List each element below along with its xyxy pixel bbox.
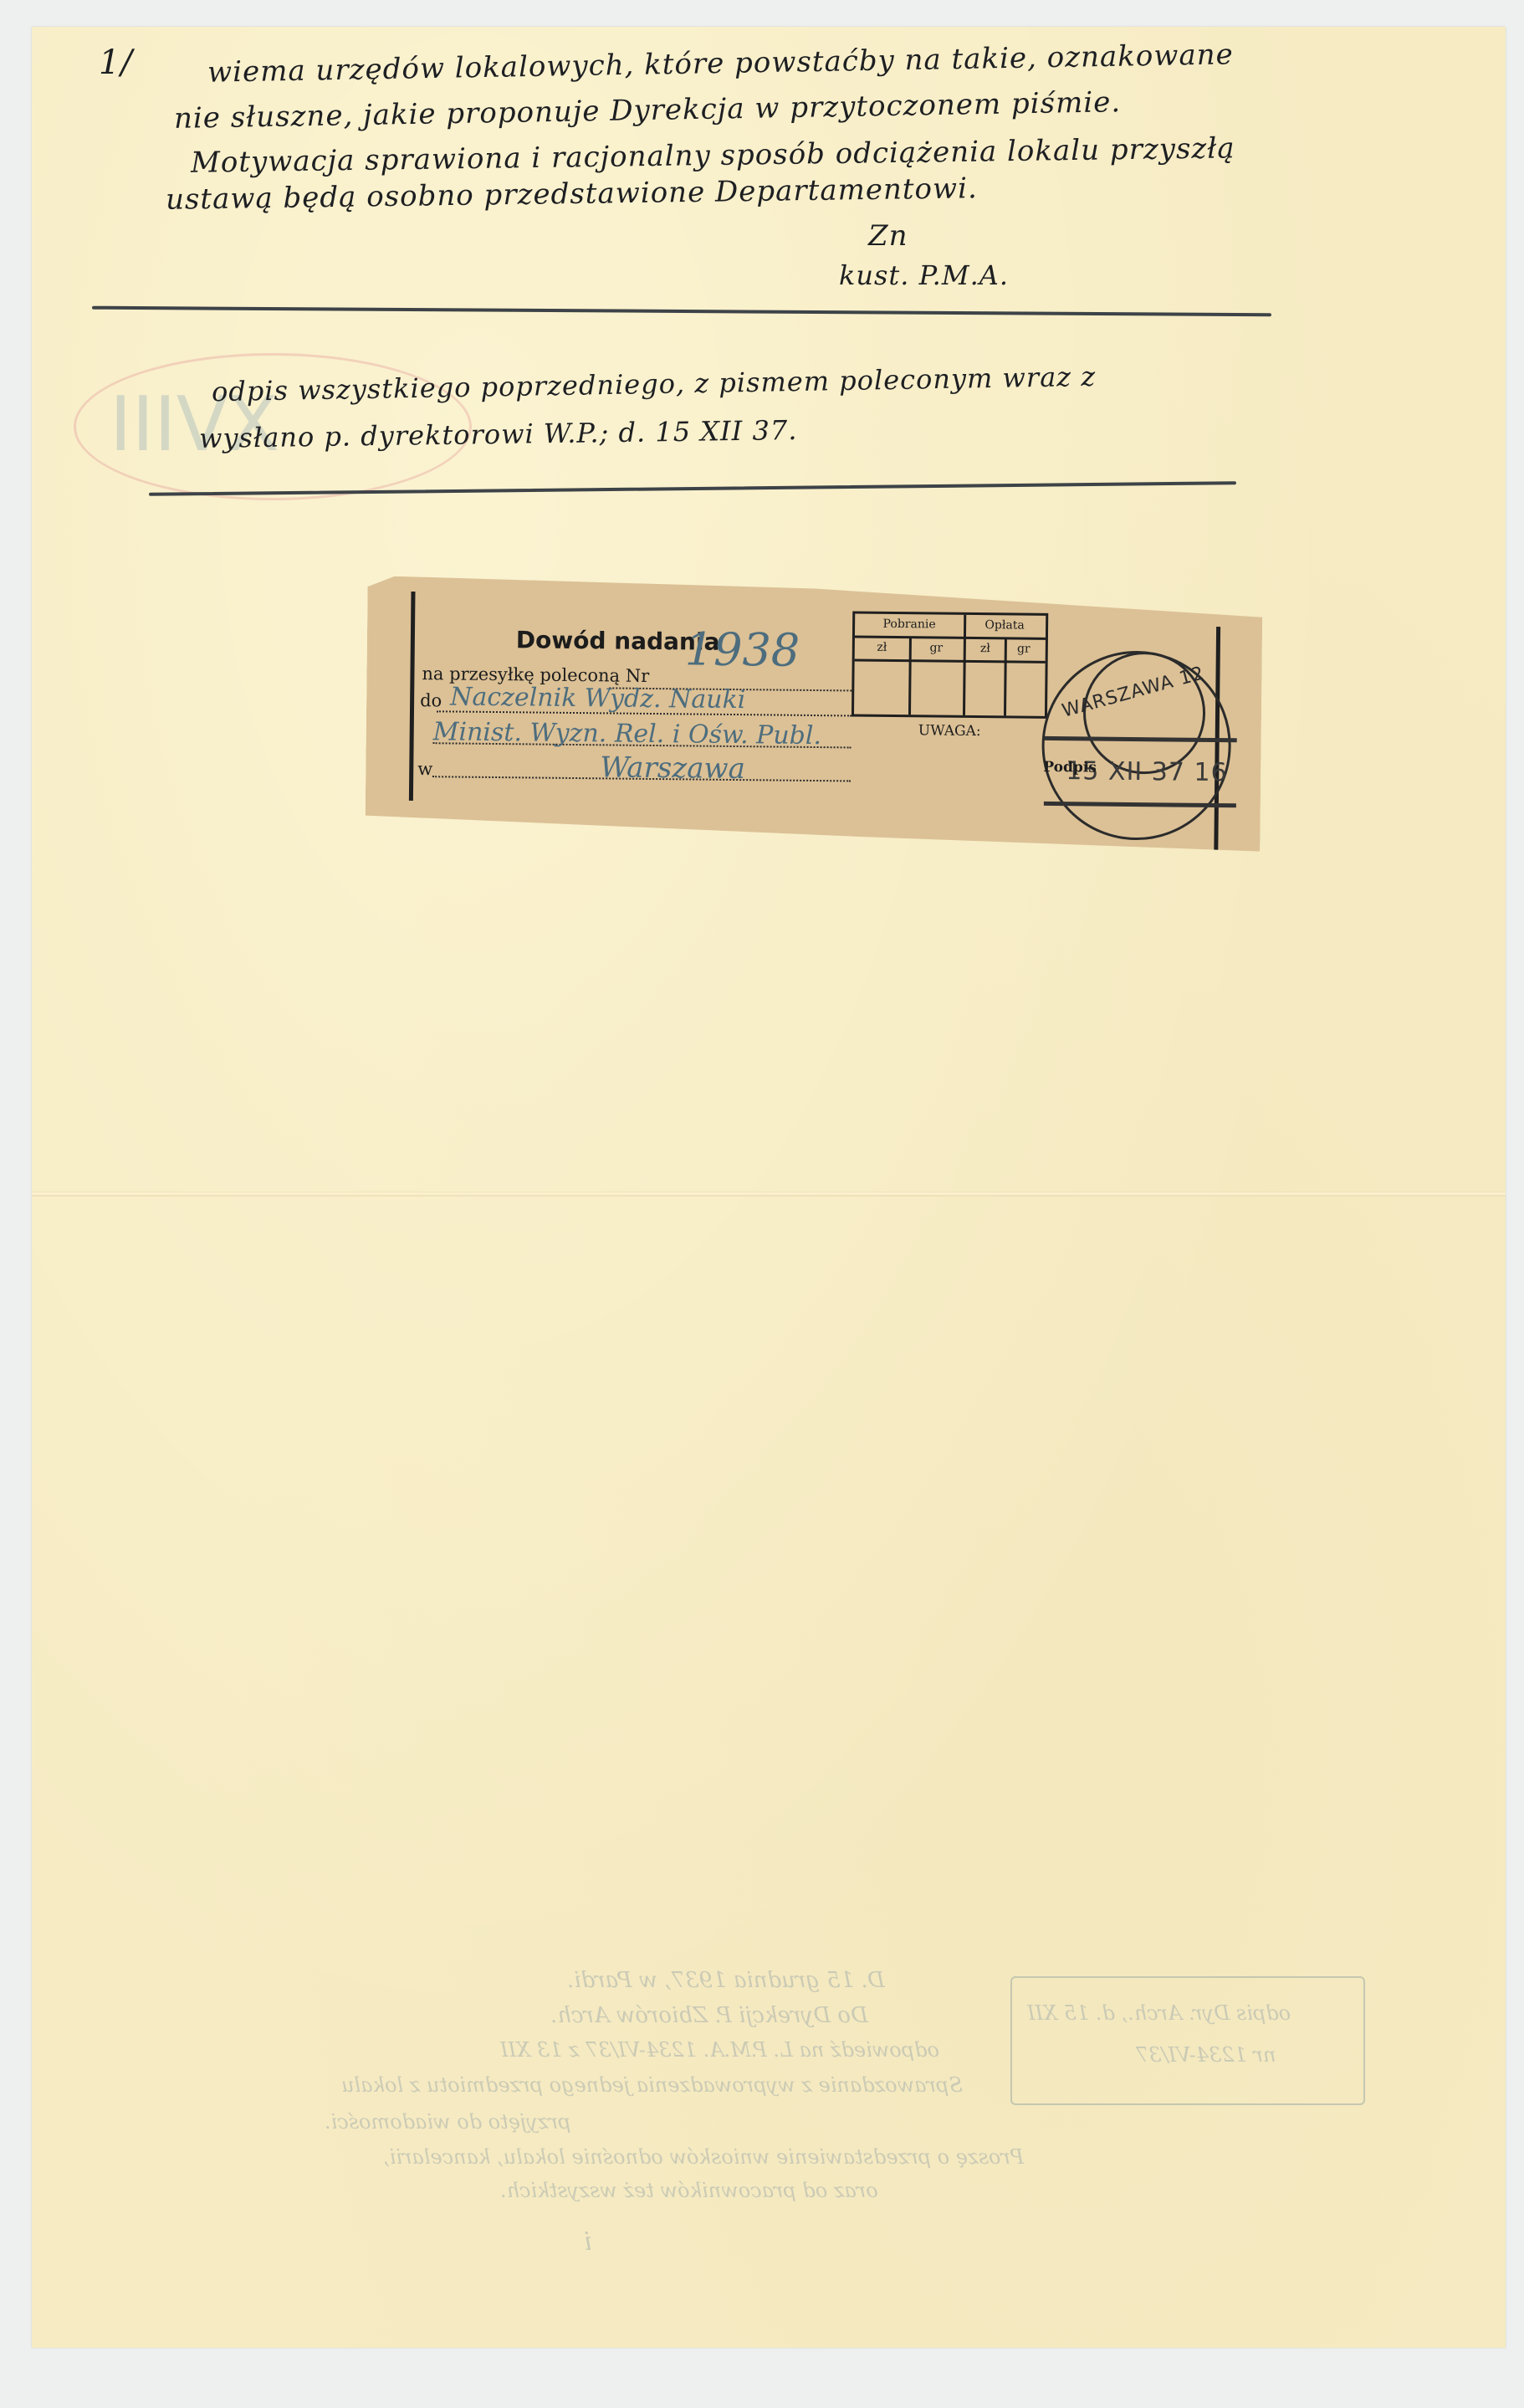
note-1-signature-initials: Zn bbox=[868, 219, 908, 253]
receipt-to-label: do bbox=[420, 690, 442, 710]
bleed-through-box bbox=[1010, 1976, 1365, 2105]
bleed-through-box-line: odpis Dyr. Arch., d. 15 XII bbox=[1027, 2001, 1291, 2025]
bleed-through-line: Proszę o przedstawienie wniosków odnośni… bbox=[383, 2145, 1024, 2169]
registered-mail-receipt: Dowód nadania na przesyłkę poleconą Nr 1… bbox=[365, 576, 1262, 851]
receipt-addressee-line: Naczelnik Wydz. Nauki bbox=[450, 682, 746, 715]
fees-subheader: gr bbox=[909, 641, 964, 655]
bleed-through-line: odpowiedź na L. P.M.A. 1234-VI/37 z 13 X… bbox=[500, 2038, 939, 2062]
fees-subheader: zł bbox=[855, 641, 909, 655]
fees-subheader: gr bbox=[1005, 642, 1043, 655]
receipt-remarks-label: UWAGA: bbox=[918, 722, 981, 740]
note-1-line: Motywacja sprawiona i racjonalny sposób … bbox=[191, 131, 1235, 179]
receipt-signature-label: Podpis bbox=[1043, 759, 1097, 776]
note-1-line: nie słuszne, jakie proponuje Dyrekcja w … bbox=[174, 85, 1122, 136]
bleed-through-line: D. 15 grudnia 1937, w Pardi. bbox=[567, 1968, 885, 1993]
postmark: WARSZAWA 12 15 XII 37 16 bbox=[1041, 650, 1231, 841]
receipt-addressee-line: Minist. Wyzn. Rel. i Ośw. Publ. bbox=[433, 717, 822, 751]
bleed-through-line: Do Dyrekcji P. Zbiorów Arch. bbox=[550, 2003, 868, 2028]
note-1-marker: 1/ bbox=[99, 44, 133, 82]
note-1-signature: kust. P.M.A. bbox=[839, 259, 1009, 291]
bleed-through-box-line: nr 1234-VI/37 bbox=[1136, 2043, 1276, 2067]
receipt-frame-left bbox=[409, 592, 416, 801]
separator-line bbox=[92, 306, 1271, 317]
receipt-city-handwritten: Warszawa bbox=[600, 751, 745, 786]
fees-table: Pobranie Opłata zł gr zł gr bbox=[851, 611, 1048, 718]
bleed-through-line: Sprawozdanie z wyprowadzenia jednego prz… bbox=[341, 2073, 963, 2097]
note-1-line: wiema urzędów lokalowych, które powstaćb… bbox=[207, 38, 1234, 89]
receipt-in-label: w bbox=[417, 759, 432, 779]
fees-collection-header: Pobranie bbox=[855, 617, 964, 632]
document-sheet: XVIII 1/ wiema urzędów lokalowych, które… bbox=[32, 27, 1506, 2348]
bleed-through-line: oraz od pracowników też wszystkich. bbox=[500, 2179, 878, 2202]
fold-crease bbox=[32, 1191, 1506, 1196]
receipt-number-handwritten: 1938 bbox=[684, 622, 800, 676]
fees-fee-header: Opłata bbox=[966, 618, 1043, 633]
bleed-through-line: i bbox=[584, 2227, 592, 2257]
note-1-line: ustawą będą osobno przedstawione Departa… bbox=[166, 172, 978, 217]
bleed-through-line: przyjęto do wiadomości. bbox=[325, 2110, 570, 2134]
fees-subheader: zł bbox=[966, 642, 1005, 655]
